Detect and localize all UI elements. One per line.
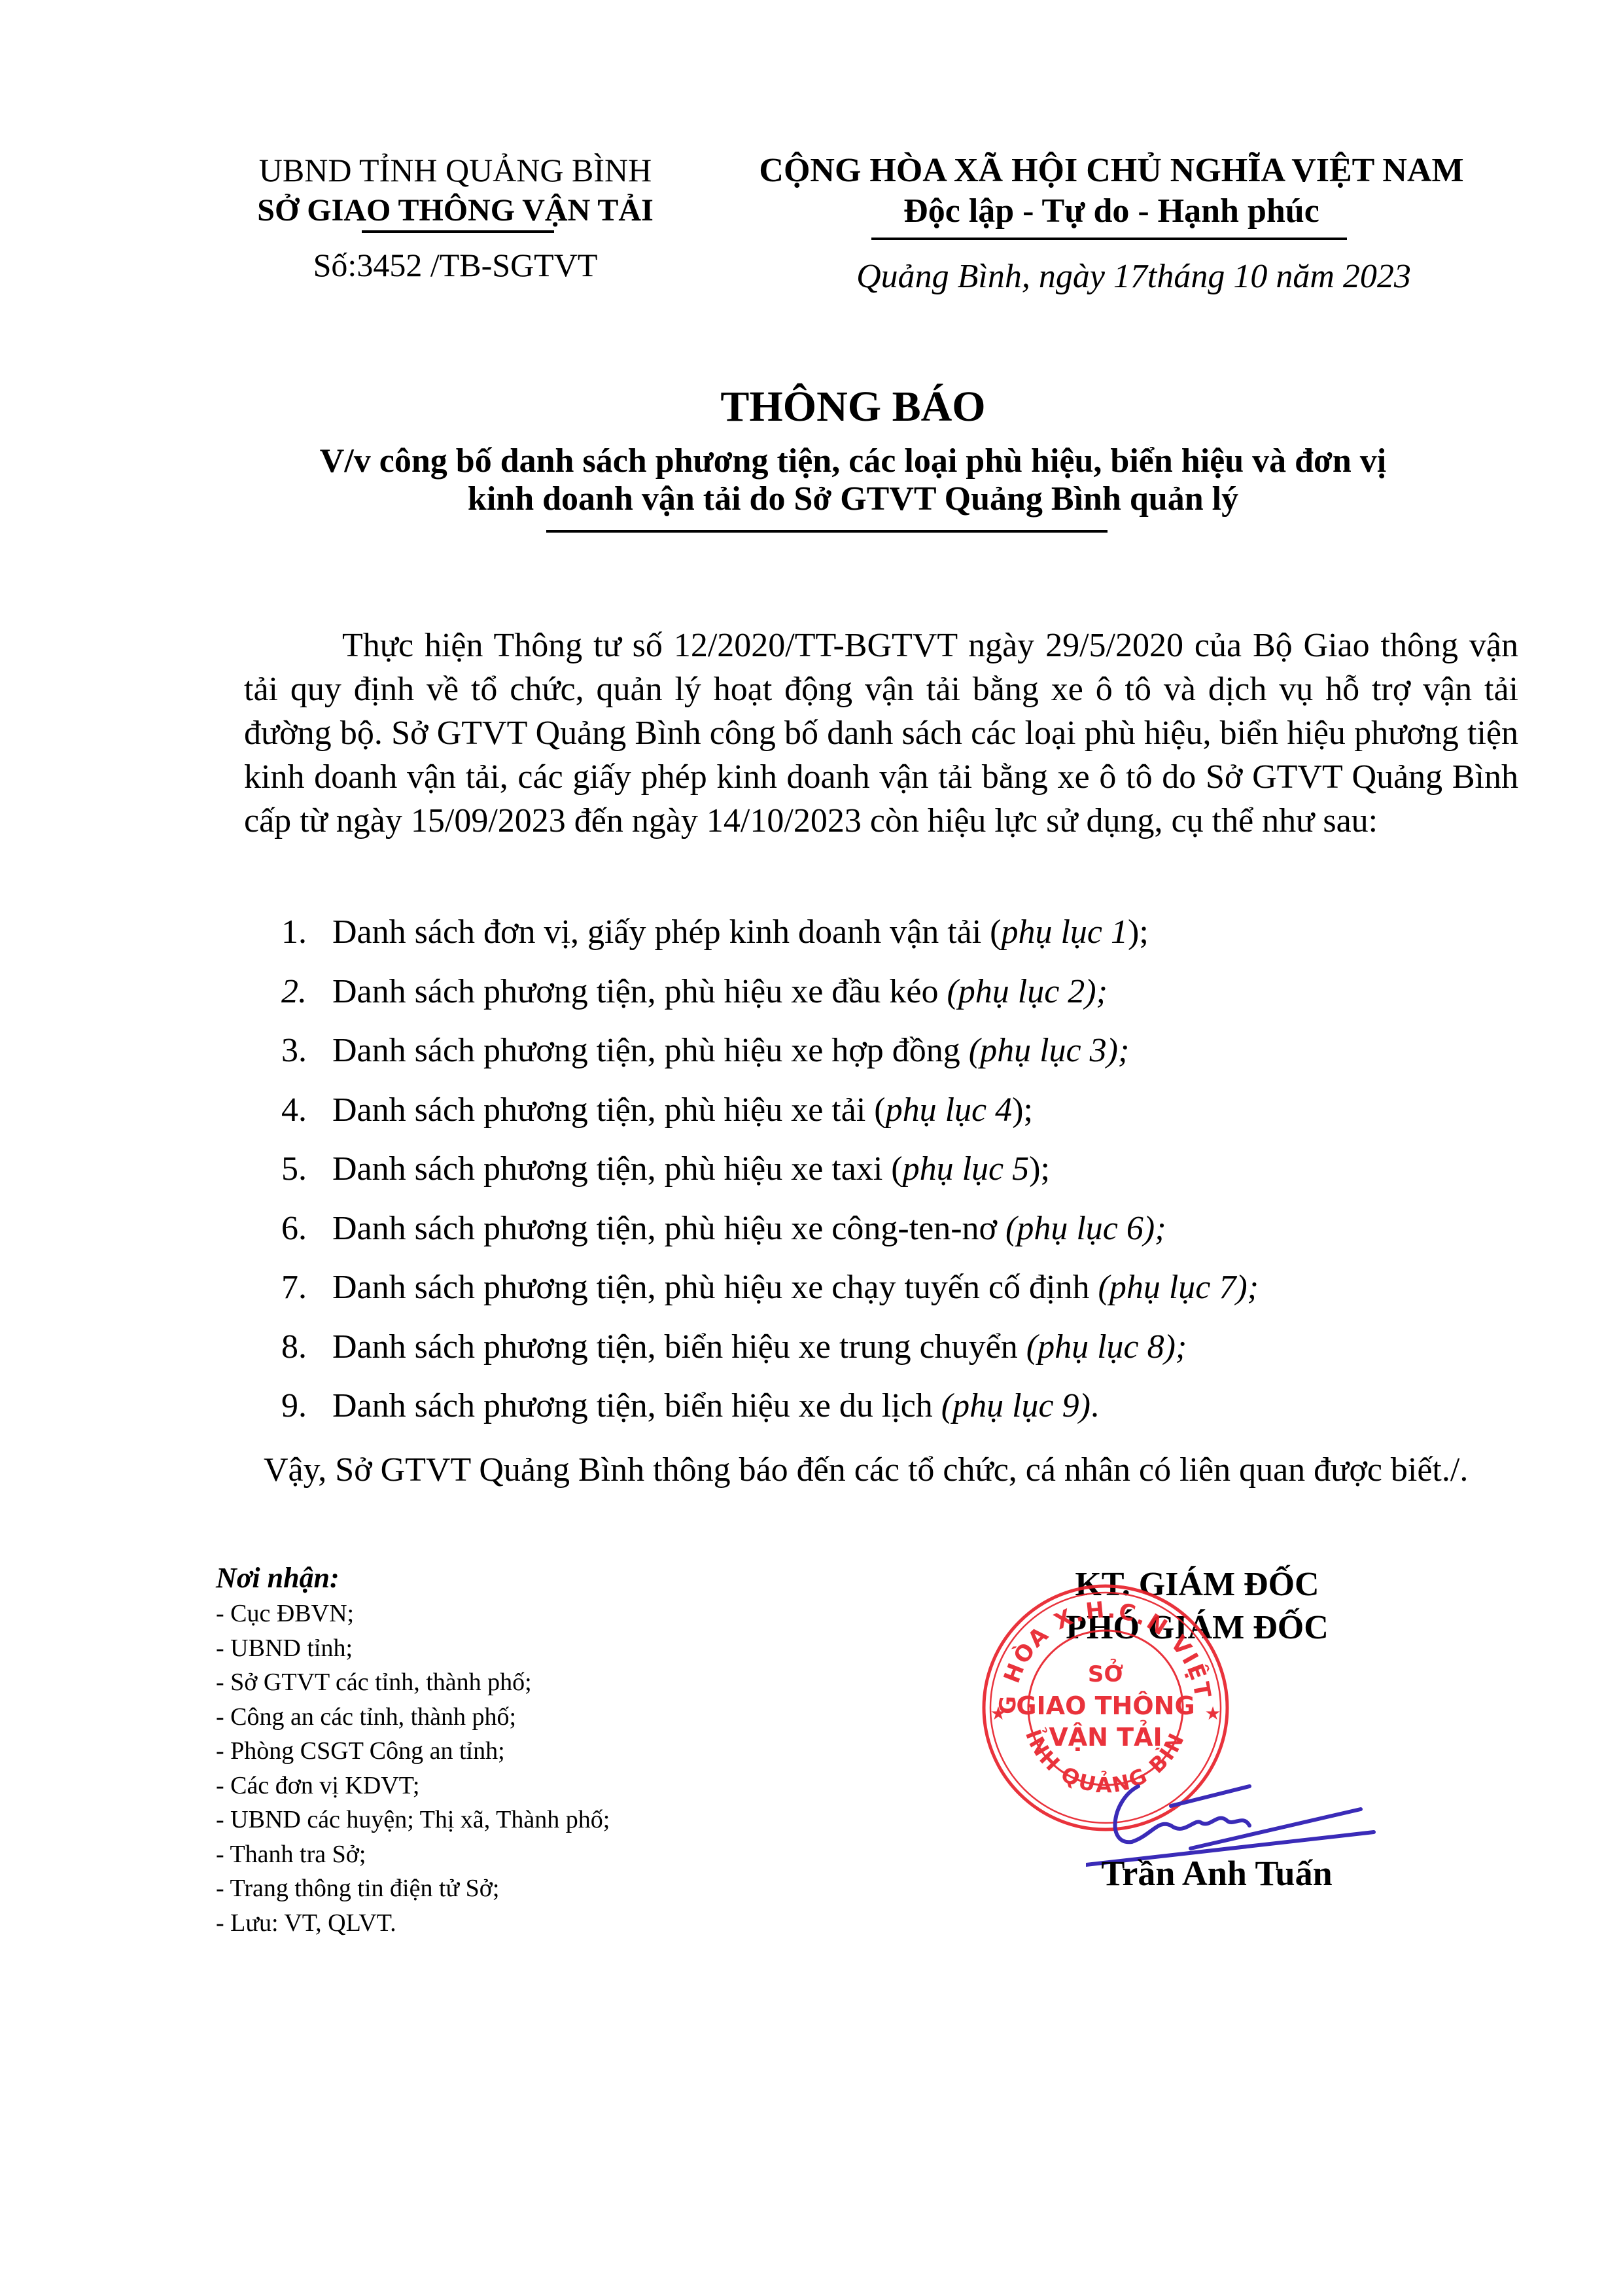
list-item: 9.Danh sách phương tiện, biển hiệu xe du… [281, 1377, 1259, 1436]
item-appendix-ref: phụ lục 4 [886, 1091, 1013, 1129]
item-number: 1. [281, 903, 332, 963]
item-text: Danh sách phương tiện, biển hiệu xe du l… [332, 1387, 941, 1424]
svg-text:★: ★ [1204, 1703, 1221, 1724]
closing-paragraph: Vậy, Sở GTVT Quảng Bình thông báo đến cá… [244, 1447, 1518, 1493]
closing-text: Vậy, Sở GTVT Quảng Bình thông báo đến cá… [264, 1451, 1468, 1489]
list-item: 4.Danh sách phương tiện, phù hiệu xe tải… [281, 1081, 1259, 1140]
title-underline [546, 530, 1108, 533]
svg-text:GIAO THÔNG: GIAO THÔNG [1016, 1691, 1195, 1720]
recipients-list: - Cục ĐBVN; - UBND tỉnh; - Sở GTVT các t… [216, 1597, 610, 1940]
recipient-item: - UBND tỉnh; [216, 1631, 610, 1666]
item-text: Danh sách phương tiện, phù hiệu xe công-… [332, 1210, 1005, 1247]
item-number: 8. [281, 1318, 332, 1377]
item-text: Danh sách phương tiện, phù hiệu xe taxi … [332, 1150, 903, 1188]
motto-underline [871, 238, 1347, 240]
recipient-item: - Trang thông tin điện tử Sở; [216, 1871, 610, 1906]
recipient-item: - Phòng CSGT Công an tỉnh; [216, 1734, 610, 1769]
intro-text: Thực hiện Thông tư số 12/2020/TT-BGTVT n… [244, 627, 1518, 839]
item-text: Danh sách phương tiện, phù hiệu xe tải ( [332, 1091, 886, 1129]
list-item: 2.Danh sách phương tiện, phù hiệu xe đầu… [281, 963, 1259, 1022]
list-item: 3.Danh sách phương tiện, phù hiệu xe hợp… [281, 1021, 1259, 1081]
item-text: Danh sách phương tiện, biển hiệu xe trun… [332, 1328, 1026, 1366]
item-number: 3. [281, 1021, 332, 1081]
item-text: Danh sách phương tiện, phù hiệu xe chạy … [332, 1269, 1098, 1306]
agency-underline [362, 230, 554, 233]
appendix-list: 1.Danh sách đơn vị, giấy phép kinh doanh… [281, 903, 1259, 1436]
item-number: 2. [281, 963, 332, 1022]
recipient-item: - Thanh tra Sở; [216, 1837, 610, 1872]
recipients-block: Nơi nhận: - Cục ĐBVN; - UBND tỉnh; - Sở … [216, 1563, 610, 1940]
svg-text:VẬN TẢI: VẬN TẢI [1049, 1720, 1162, 1752]
item-appendix-ref: phụ lục 5 [903, 1150, 1030, 1188]
agency-parent: UBND TỈNH QUẢNG BÌNH [259, 150, 652, 190]
item-appendix-ref: (phụ lục 3); [969, 1032, 1129, 1069]
item-number: 6. [281, 1199, 332, 1259]
list-item: 7.Danh sách phương tiện, phù hiệu xe chạ… [281, 1258, 1259, 1318]
list-item: 1.Danh sách đơn vị, giấy phép kinh doanh… [281, 903, 1259, 963]
item-text: Danh sách đơn vị, giấy phép kinh doanh v… [332, 913, 1001, 951]
document-title: THÔNG BÁO [720, 381, 985, 433]
agency-name: SỞ GIAO THÔNG VẬN TẢI [257, 191, 653, 230]
place-date: Quảng Bình, ngày 17tháng 10 năm 2023 [856, 256, 1411, 297]
item-text: Danh sách phương tiện, phù hiệu xe đầu k… [332, 973, 947, 1010]
item-appendix-ref: (phụ lục 9) [941, 1387, 1091, 1424]
item-tail: ); [1012, 1091, 1033, 1129]
list-item: 5.Danh sách phương tiện, phù hiệu xe tax… [281, 1140, 1259, 1199]
item-appendix-ref: phụ lục 1 [1001, 913, 1128, 951]
item-tail: . [1091, 1387, 1099, 1424]
svg-text:SỞ: SỞ [1088, 1659, 1123, 1687]
recipient-item: - UBND các huyện; Thị xã, Thành phố; [216, 1803, 610, 1837]
svg-text:★: ★ [990, 1703, 1006, 1724]
recipient-item: - Sở GTVT các tỉnh, thành phố; [216, 1665, 610, 1700]
signer-name: Trần Anh Tuấn [1101, 1852, 1332, 1895]
item-appendix-ref: (phụ lục 2); [947, 973, 1107, 1010]
recipient-item: - Công an các tỉnh, thành phố; [216, 1700, 610, 1735]
national-motto: Độc lập - Tự do - Hạnh phúc [903, 191, 1319, 232]
item-tail: ); [1128, 913, 1149, 951]
recipient-item: - Lưu: VT, QLVT. [216, 1906, 610, 1941]
item-appendix-ref: (phụ lục 6); [1005, 1210, 1166, 1247]
list-item: 8.Danh sách phương tiện, biển hiệu xe tr… [281, 1318, 1259, 1377]
item-text: Danh sách phương tiện, phù hiệu xe hợp đ… [332, 1032, 969, 1069]
item-number: 9. [281, 1377, 332, 1436]
item-tail: ); [1029, 1150, 1050, 1188]
item-number: 7. [281, 1258, 332, 1318]
intro-paragraph: Thực hiện Thông tư số 12/2020/TT-BGTVT n… [244, 624, 1518, 843]
document-number: Số:3452 /TB-SGTVT [313, 245, 598, 285]
item-appendix-ref: (phụ lục 8); [1026, 1328, 1187, 1366]
document-subject-line1: V/v công bố danh sách phương tiện, các l… [320, 442, 1386, 481]
item-number: 4. [281, 1081, 332, 1140]
item-number: 5. [281, 1140, 332, 1199]
list-item: 6.Danh sách phương tiện, phù hiệu xe côn… [281, 1199, 1259, 1259]
recipient-item: - Các đơn vị KDVT; [216, 1769, 610, 1803]
item-appendix-ref: (phụ lục 7); [1098, 1269, 1259, 1306]
document-subject-line2: kinh doanh vận tải do Sở GTVT Quảng Bình… [468, 480, 1238, 519]
recipients-title: Nơi nhận: [216, 1563, 610, 1594]
recipient-item: - Cục ĐBVN; [216, 1597, 610, 1631]
country-name: CỘNG HÒA XÃ HỘI CHỦ NGHĨA VIỆT NAM [759, 150, 1463, 191]
